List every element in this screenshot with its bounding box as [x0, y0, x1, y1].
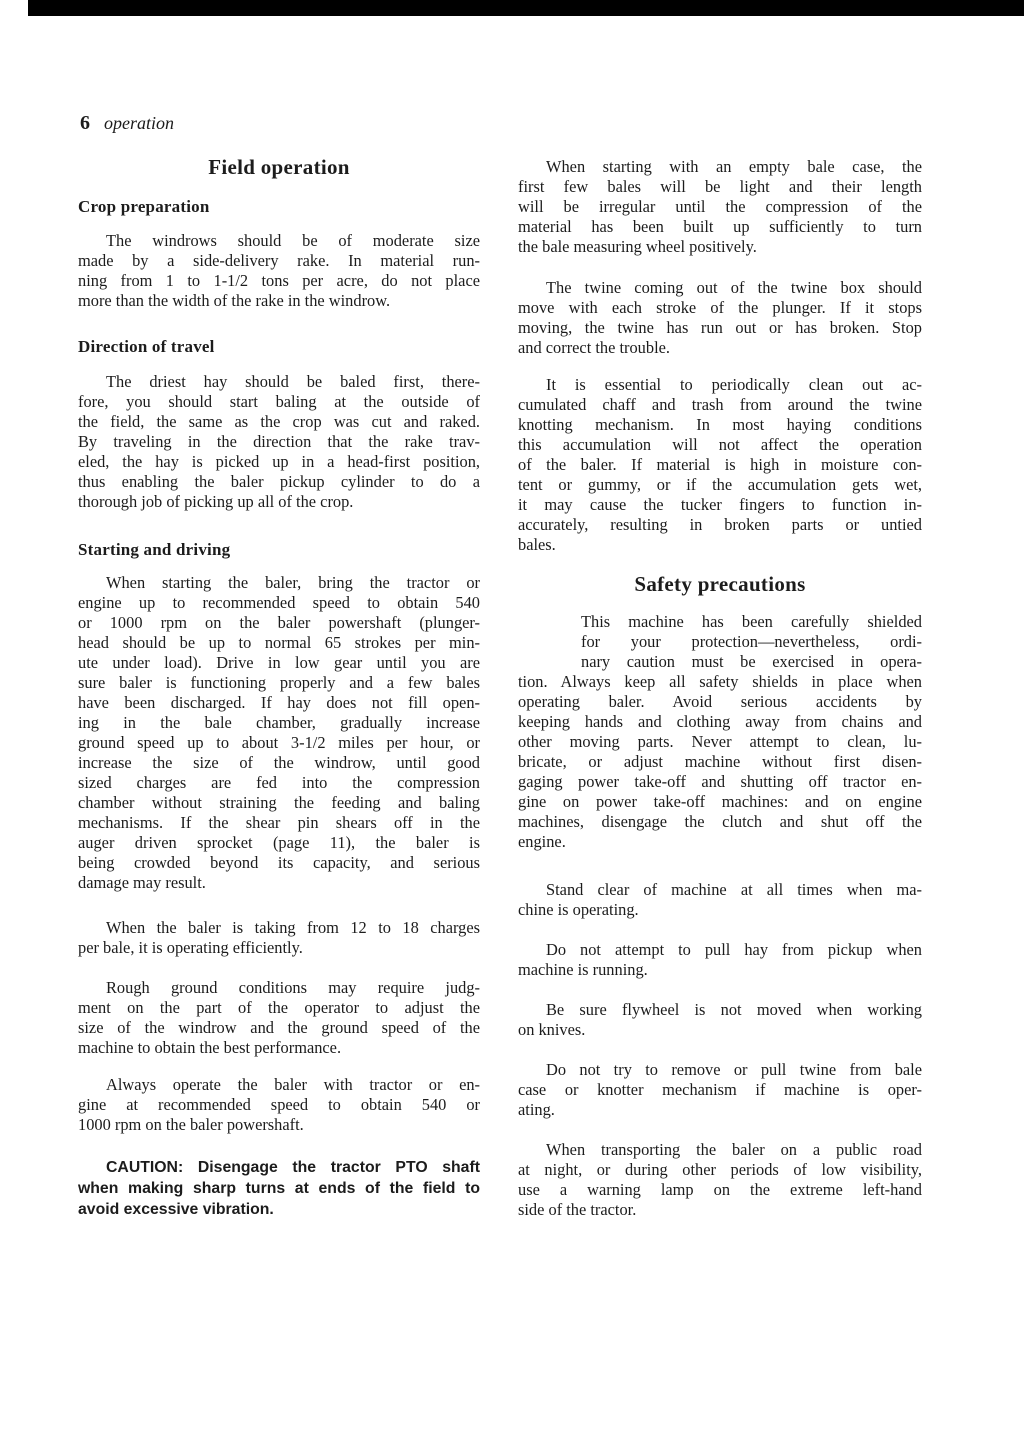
paragraph-flywheel: Be sure flywheel is not moved when worki…	[518, 1000, 922, 1040]
left-column: Field operation Crop preparation The win…	[78, 150, 480, 1220]
paragraph-do-not-pull-hay: Do not attempt to pull hay from pickup w…	[518, 940, 922, 980]
paragraph-starting-2: When the baler is taking from 12 to 18 c…	[78, 918, 480, 958]
page-header: 6operation	[80, 112, 174, 135]
field-operation-title: Field operation	[78, 152, 480, 182]
safety-precautions-title: Safety precautions	[518, 569, 922, 599]
scan-artifact-bar	[28, 0, 1024, 16]
paragraph-starting-4: Always operate the baler with tractor or…	[78, 1075, 480, 1135]
paragraph-crop-preparation: The windrows should be of moderate sizem…	[78, 231, 480, 311]
paragraph-twine-box: The twine coming out of the twine box sh…	[518, 278, 922, 358]
paragraph-remove-twine: Do not try to remove or pull twine from …	[518, 1060, 922, 1120]
paragraph-starting-3: Rough ground conditions may require judg…	[78, 978, 480, 1058]
page-number: 6	[80, 112, 90, 134]
paragraph-empty-bale-case: When starting with an empty bale case, t…	[518, 157, 922, 257]
paragraph-clean-chaff: It is essential to periodically clean ou…	[518, 375, 922, 555]
paragraph-safety-shielded: This machine has been carefully shielded…	[518, 612, 922, 852]
heading-crop-preparation: Crop preparation	[78, 197, 480, 217]
heading-direction-of-travel: Direction of travel	[78, 337, 480, 357]
caution-paragraph: CAUTION: Disengage the tractor PTO shaft…	[78, 1157, 480, 1220]
paragraph-transporting: When transporting the baler on a public …	[518, 1140, 922, 1220]
paragraph-starting-1: When starting the baler, bring the tract…	[78, 573, 480, 893]
heading-starting-and-driving: Starting and driving	[78, 540, 480, 560]
paragraph-stand-clear: Stand clear of machine at all times when…	[518, 880, 922, 920]
section-label: operation	[104, 113, 174, 133]
paragraph-direction-of-travel: The driest hay should be baled first, th…	[78, 372, 480, 512]
right-column: When starting with an empty bale case, t…	[518, 150, 922, 1220]
